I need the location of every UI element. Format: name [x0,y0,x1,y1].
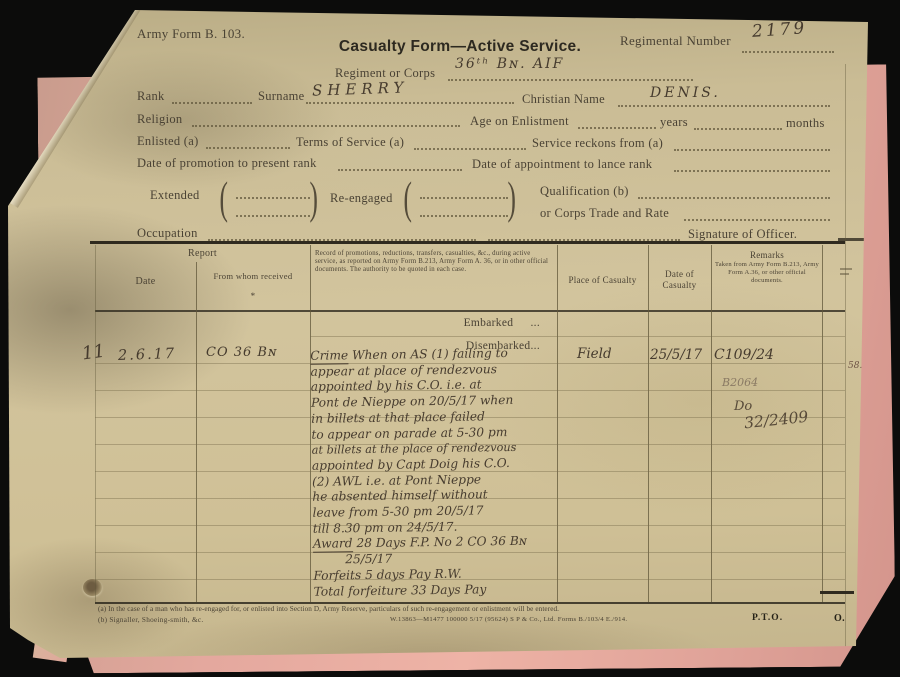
promotion-date-label: Date of promotion to present rank [137,156,317,171]
total-forfeiture-line: Total forfeiture 33 Days Pay [314,581,566,600]
from-whom-value: CO 36 Bɴ [206,345,277,360]
award-line-text: 28 Days F.P. No 2 CO 36 Bɴ [352,534,526,550]
folded-corner-edge [10,5,140,208]
dotted-leader [414,147,526,150]
regimental-number-label: Regimental Number [620,33,731,49]
adjacent-page-rule-fragment [838,238,866,241]
from-whom-star: * [198,291,308,301]
table-gridline [95,245,96,602]
embarked-dots: ... [530,317,540,329]
remarks-entry-1: C109/24 [714,347,774,363]
underlying-pto-fragment: O. [834,613,845,624]
table-bottom-rule [95,602,845,604]
brace-open: ( [403,175,411,221]
dotted-leader [206,146,290,149]
reengaged-label: Re-engaged [330,191,393,206]
dotted-leader [306,101,514,104]
service-reckons-label: Service reckons from (a) [532,136,663,151]
dotted-leader [684,218,830,221]
footnote-a: (a) In the case of a man who has re-enga… [98,605,559,613]
record-entry-block: Crime When on AS (1) failing to appear a… [310,345,565,600]
date-of-casualty-header-line1: Date of [648,269,711,279]
report-date-value: 2.6.17 [118,346,177,364]
months-label: months [786,116,825,131]
dotted-leader [674,169,830,172]
remarks-subheader: Taken from Army Form B.213, Army Form A.… [715,261,819,285]
signature-of-officer-label: Signature of Officer. [688,227,797,242]
remarks-entry-3a: Do [734,399,752,414]
dotted-leader [420,214,508,217]
dotted-leader [742,50,834,53]
award-word: Award [313,537,353,554]
place-of-casualty-header: Place of Casualty [557,275,648,285]
brace-close: ) [507,175,515,221]
brace-close: ) [309,175,317,221]
dotted-leader [338,168,462,171]
surname-value: SHERRY [312,78,409,99]
underlying-page-rule-fragment [820,591,854,594]
christian-name-value: DENIS. [650,85,721,101]
printer-imprint: W.13863—M1477 100000 5/17 (95624) S P & … [390,616,627,623]
crime-word: Crime [310,348,348,365]
dotted-leader [578,126,656,129]
table-gridline [711,245,712,602]
enlisted-label: Enlisted (a) [137,134,199,149]
extended-label: Extended [150,188,200,203]
table-rowline [310,336,845,337]
rank-label: Rank [137,89,165,104]
pto-label: P.T.O. [752,613,783,623]
occupation-label: Occupation [137,226,198,241]
regiment-value: 36ᵗʰ Bɴ. AIF [455,56,564,72]
date-of-casualty-value: 25/5/17 [650,347,702,363]
page-edge-line [845,64,846,656]
adjacent-page-text-fragment [840,268,852,270]
report-column-header: Report [95,248,310,259]
corps-trade-label: or Corps Trade and Rate [540,206,669,221]
terms-of-service-label: Terms of Service (a) [296,135,404,150]
regimental-number-value: 2179 [751,18,808,42]
table-gridline [822,245,823,602]
date-column-header: Date [95,276,196,287]
age-on-enlistment-label: Age on Enlistment [470,114,569,129]
date-of-casualty-header-line2: Casualty [648,280,711,290]
margin-note: 11 [81,341,107,365]
record-line-text: When on AS (1) failing to [348,346,508,362]
record-column-header: Record of promotions, reductions, transf… [315,250,553,274]
surname-label: Surname [258,89,305,104]
header-bottom-rule [95,310,845,312]
remarks-entry-3b: 32/2409 [743,408,809,433]
place-of-casualty-value: Field [577,346,612,362]
brace-open: ( [219,175,227,221]
side-note: 58. [848,361,862,371]
dotted-leader [618,104,830,107]
dotted-leader [694,127,782,130]
dotted-leader [236,214,310,217]
christian-name-label: Christian Name [522,92,605,107]
dotted-leader [172,101,252,104]
dotted-leader [448,78,693,81]
from-whom-column-header: From whom received [198,272,308,282]
dotted-leader [638,196,830,199]
years-label: years [660,115,688,130]
remarks-header: Remarks [713,250,821,260]
casualty-form-page: Army Form B. 103. Regimental Number 2179… [0,0,900,677]
footnote-b: (b) Signaller, Shoeing-smith, &c. [98,616,203,624]
remarks-entry-2: B2064 [722,376,758,389]
qualification-label: Qualification (b) [540,184,629,199]
dotted-leader [420,196,508,199]
form-title: Casualty Form—Active Service. [290,38,630,56]
adjacent-page-text-fragment [840,273,849,275]
religion-label: Religion [137,112,182,127]
paper-hole [83,579,102,596]
lance-rank-date-label: Date of appointment to lance rank [472,157,652,172]
embarked-row-label: Embarked ... [310,317,540,329]
dotted-leader [674,148,830,151]
form-number: Army Form B. 103. [137,26,245,42]
table-gridline [648,245,649,602]
embarked-label: Embarked [464,317,514,329]
table-gridline [196,262,197,602]
dotted-leader [236,196,310,199]
table-top-rule [90,241,845,244]
dotted-leader [192,124,460,127]
